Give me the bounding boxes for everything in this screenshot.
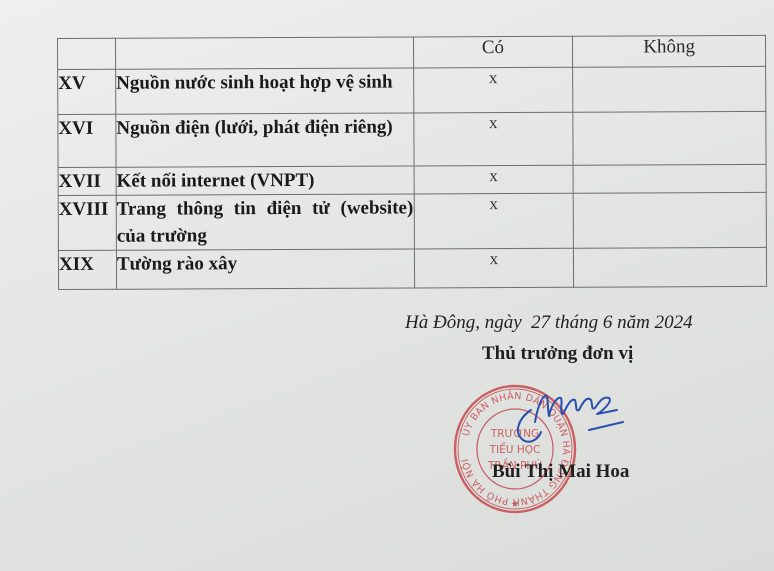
facilities-table: Có Không XV Nguồn nước sinh hoạt hợp vệ …	[57, 35, 767, 290]
row-no-mark	[574, 247, 767, 287]
table-row: XVIII Trang thông tin điện tử (website) …	[58, 192, 766, 250]
row-number: XVI	[58, 114, 116, 167]
row-number: XVIII	[58, 195, 116, 250]
row-number: XV	[58, 69, 116, 114]
signer-name: Bùi Thị Mai Hoa	[492, 461, 629, 483]
row-no-mark	[573, 111, 766, 165]
header-number	[58, 38, 116, 69]
row-item-name: Tường rào xây	[116, 249, 414, 289]
row-yes-mark: x	[414, 248, 574, 288]
row-no-mark	[573, 164, 766, 193]
row-yes-mark: x	[414, 165, 574, 194]
signer-title: Thủ trưởng đơn vị	[482, 343, 633, 365]
row-item-name: Trang thông tin điện tử (website) của tr…	[116, 194, 414, 250]
table-header-row: Có Không	[58, 35, 766, 69]
table-row: XV Nguồn nước sinh hoạt hợp vệ sinh x	[58, 66, 766, 114]
header-yes: Có	[413, 36, 573, 68]
header-item	[115, 37, 413, 69]
document-page: Có Không XV Nguồn nước sinh hoạt hợp vệ …	[0, 0, 774, 571]
table-row: XVII Kết nối internet (VNPT) x	[58, 164, 766, 195]
row-item-name: Kết nối internet (VNPT)	[116, 166, 414, 195]
row-number: XIX	[58, 250, 116, 289]
table-row: XIX Tường rào xây x	[58, 247, 766, 289]
row-no-mark	[573, 66, 766, 112]
row-yes-mark: x	[414, 193, 574, 249]
row-yes-mark: x	[413, 112, 573, 166]
handwritten-signature-icon	[505, 388, 635, 448]
row-no-mark	[573, 192, 766, 248]
header-no: Không	[573, 35, 766, 67]
row-yes-mark: x	[413, 67, 573, 113]
table-row: XVI Nguồn điện (lưới, phát điện riêng) x	[58, 111, 766, 167]
place-and-date: Hà Đông, ngày 27 tháng 6 năm 2024	[405, 312, 693, 334]
svg-text:★: ★	[511, 500, 519, 510]
row-number: XVII	[58, 167, 116, 195]
row-item-name: Nguồn nước sinh hoạt hợp vệ sinh	[116, 68, 414, 114]
row-item-name: Nguồn điện (lưới, phát điện riêng)	[116, 113, 414, 167]
